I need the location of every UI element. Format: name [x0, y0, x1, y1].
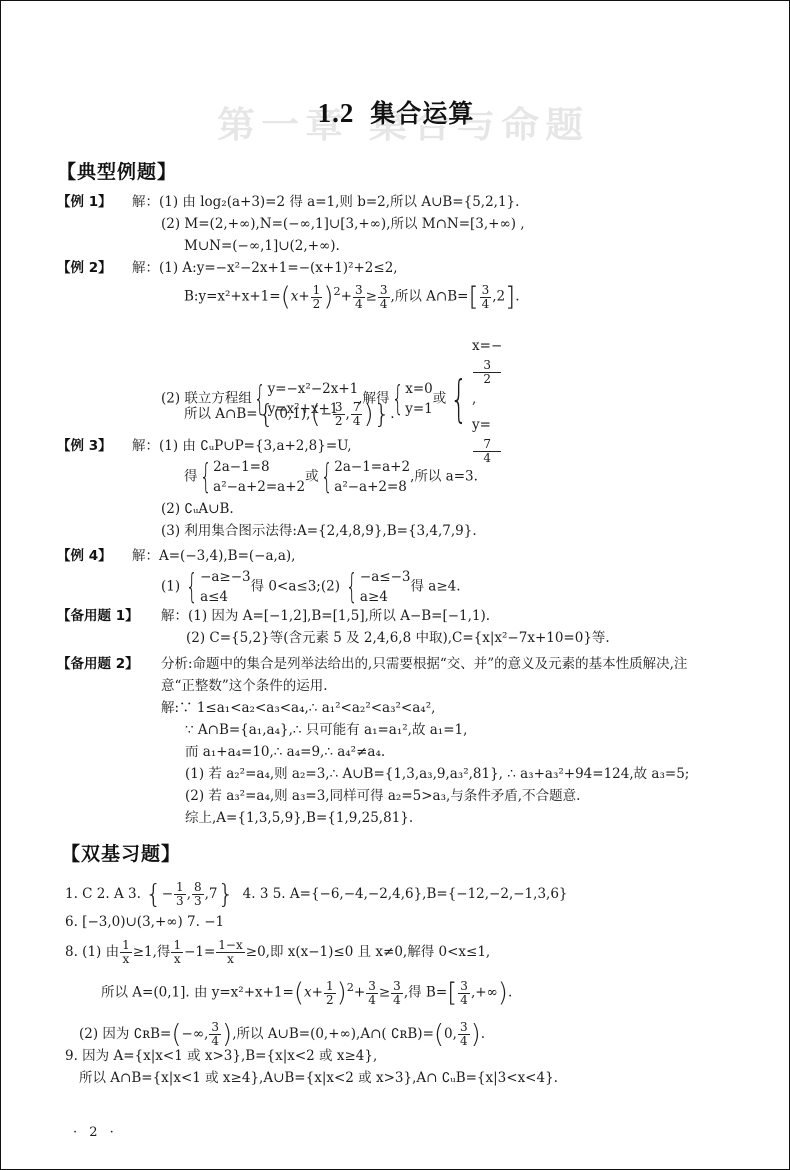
example-3-line: 得{2a−1=8a²−a+2=a+2或{2a−1=a+2a²−a+2=8,所以 …: [184, 457, 478, 497]
backup-2-tag: 【备用题 2】: [57, 655, 139, 673]
exercise-line: 8. (1) 由1x≥1,得1x−1=1−xx≥0,即 x(x−1)≤0 且 x…: [65, 939, 490, 966]
section-heading-basic: 【双基习题】: [61, 839, 181, 866]
example-4-line: 解：A=(−3,4),B=(−a,a),: [132, 547, 295, 565]
fraction: 34: [378, 284, 390, 311]
equation-system: x=−32 ,y=74: [472, 333, 502, 465]
equation-system: x=0y=1: [405, 379, 433, 419]
backup-2-line: 而 a₁+a₄=10,∴ a₄=9,∴ a₄²≠a₄.: [185, 743, 385, 761]
inequality-system: −a≤−3a≥4: [360, 567, 411, 607]
fraction: 34: [480, 284, 492, 311]
section-heading-typical: 【典型例题】: [57, 157, 177, 184]
section-title: 集合运算: [370, 99, 474, 128]
inequality-system: −a≥−3a≤4: [200, 567, 251, 607]
example-2-tag: 【例 2】: [57, 259, 112, 277]
backup-2-line: 综上,A={1,3,5,9},B={1,9,25,81}.: [185, 809, 413, 827]
example-3-line: 解：(1) 由 ∁ᵤP∪P={3,a+2,8}=U,: [132, 437, 352, 455]
fraction: 12: [311, 284, 323, 311]
page-title: 1.2集合运算: [1, 94, 790, 130]
section-number: 1.2: [318, 98, 355, 128]
example-2-line: 所以 A∩B={(0,1),(−32,74)}.: [184, 401, 394, 428]
exercise-line: 6. [−3,0)∪(3,+∞) 7. −1: [65, 913, 224, 931]
equation-system: 2a−1=a+2a²−a+2=8: [334, 457, 410, 497]
example-1-line: (2) M=(2,+∞),N=(−∞,1]∪[3,+∞),所以 M∩N=[3,+…: [161, 215, 525, 233]
exercise-line: 所以 A∩B={x|x<1 或 x≥4},A∪B={x|x<2 或 x>3},A…: [79, 1069, 558, 1087]
fraction: 34: [353, 284, 365, 311]
example-1-line: M∪N=(−∞,1]∪(2,+∞).: [184, 237, 340, 255]
page-number: · 2 ·: [73, 1125, 118, 1140]
backup-2-line: 解:∵ 1≤a₁<a₂<a₃<a₄,∴ a₁²<a₂²<a₃²<a₄²,: [161, 699, 435, 717]
backup-2-line: (1) 若 a₂²=a₄,则 a₂=3,∴ A∪B={1,3,a₃,9,a₃²,…: [185, 765, 689, 783]
backup-1-tag: 【备用题 1】: [57, 607, 139, 625]
exercise-line: 9. 因为 A={x|x<1 或 x>3},B={x|x<2 或 x≥4},: [65, 1047, 377, 1065]
example-3-line: (2) ∁ᵤA∪B.: [161, 500, 234, 518]
backup-2-line: 意“正整数”这个条件的运用.: [161, 677, 328, 695]
example-1-tag: 【例 1】: [57, 193, 112, 211]
backup-1-line: (2) C={5,2}等(含元素 5 及 2,4,6,8 中取),C={x|x²…: [186, 629, 610, 647]
backup-2-line: ∵ A∩B={a₁,a₄},∴ 只可能有 a₁=a₁²,故 a₁=1,: [185, 721, 467, 739]
example-4-tag: 【例 4】: [57, 547, 112, 565]
example-1-line: 解：(1) 由 log₂(a+3)=2 得 a=1,则 b=2,所以 A∪B={…: [132, 193, 519, 211]
equation-system: 2a−1=8a²−a+2=a+2: [213, 457, 305, 497]
backup-2-line: (2) 若 a₃²=a₄,则 a₃=3,同样可得 a₂=5>a₃,与条件矛盾,不…: [185, 787, 580, 805]
exercise-line: 1. C 2. A 3. {−13,83,7} 4. 3 5. A={−6,−4…: [65, 881, 568, 908]
exercise-line: (2) 因为 ∁ʀB=(−∞,34),所以 A∪B=(0,+∞),A∩( ∁ʀB…: [79, 1021, 485, 1048]
exercise-line: 所以 A=(0,1]. 由 y=x²+x+1=(x+12)2+34≥34,得 B…: [101, 979, 512, 1007]
example-2-line: 解：(1) A:y=−x²−2x+1=−(x+1)²+2≤2,: [132, 259, 398, 277]
example-2-line: B:y=x²+x+1=(x+12)2+34≥34,所以 A∩B=[34,2].: [184, 283, 520, 311]
backup-1-line: 解：(1) 因为 A=[−1,2],B=[1,5],所以 A−B=[−1,1).: [161, 607, 490, 625]
document-page: 第一章 集合与命题 1.2集合运算 【典型例题】 【例 1】 解：(1) 由 l…: [0, 0, 790, 1170]
example-3-line: (3) 利用集合图示法得:A={2,4,8,9},B={3,4,7,9}.: [161, 522, 477, 540]
example-3-tag: 【例 3】: [57, 437, 112, 455]
backup-2-line: 分析:命题中的集合是列举法给出的,只需要根据“交、并”的意义及元素的基本性质解决…: [161, 655, 687, 673]
example-4-line: (1) {−a≥−3a≤4得 0<a≤3;(2) {−a≤−3a≥4得 a≥4.: [161, 567, 461, 607]
